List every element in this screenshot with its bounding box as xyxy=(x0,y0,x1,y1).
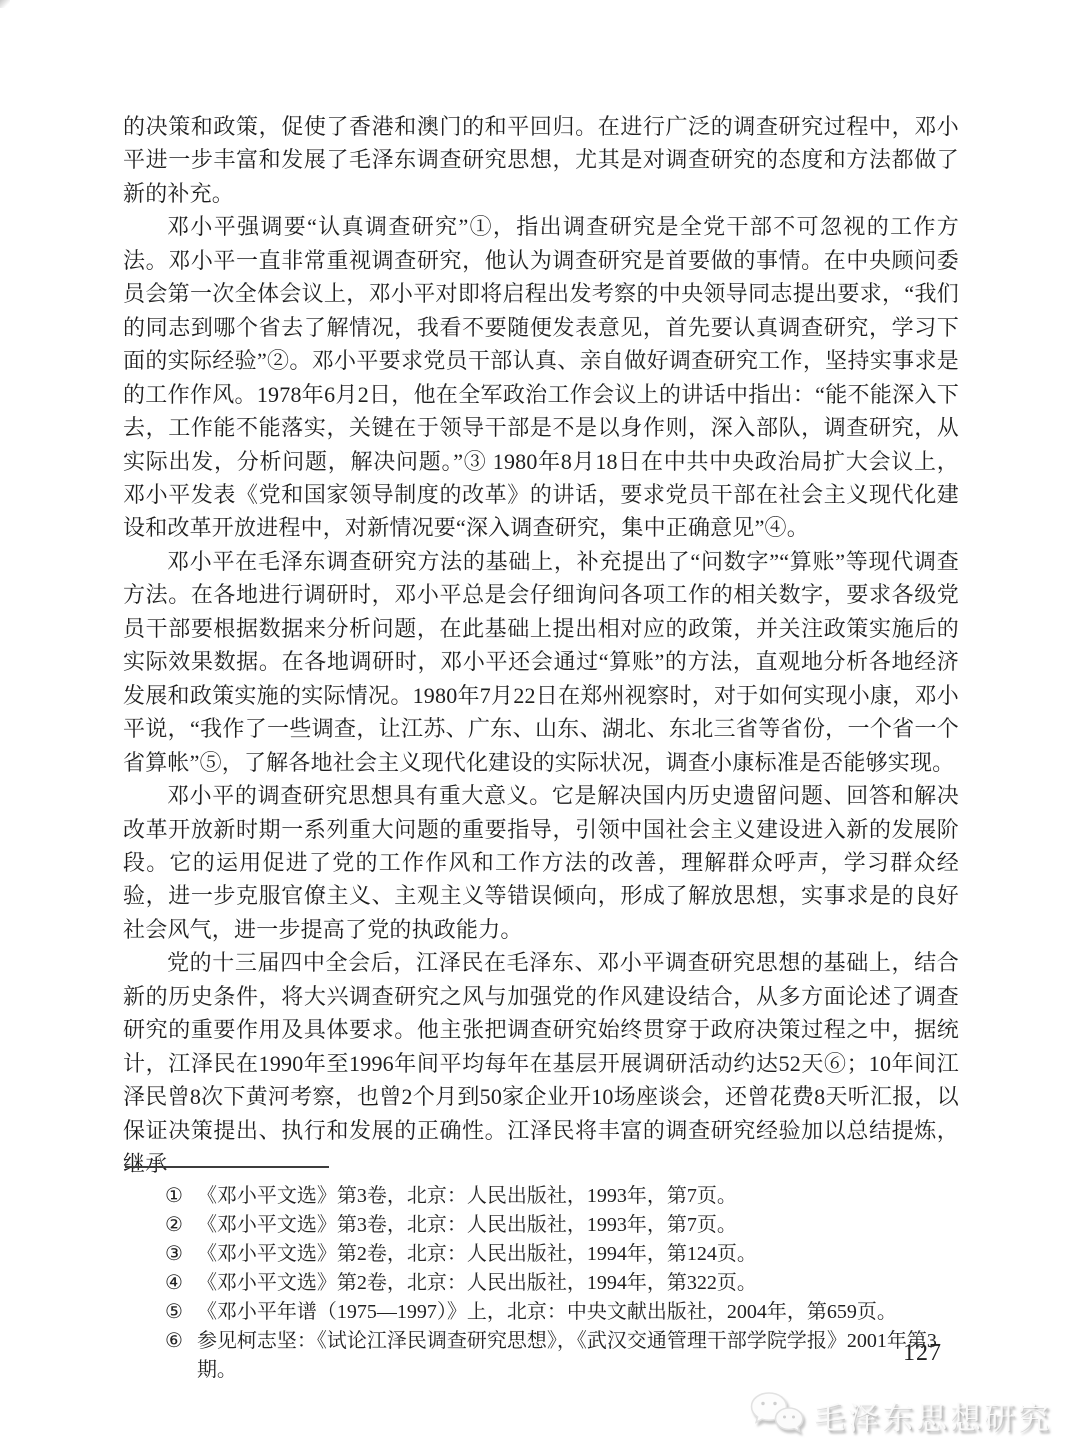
footnote-separator xyxy=(125,1166,329,1168)
footnote-item: ① 《邓小平文选》第3卷，北京：人民出版社，1993年，第7页。 xyxy=(123,1182,959,1211)
footnote-text: 《邓小平文选》第3卷，北京：人民出版社，1993年，第7页。 xyxy=(197,1182,959,1211)
footnotes-block: ① 《邓小平文选》第3卷，北京：人民出版社，1993年，第7页。 ② 《邓小平文… xyxy=(123,1182,959,1385)
footnote-item: ⑥ 参见柯志坚：《试论江泽民调查研究思想》，《武汉交通管理干部学院学报》2001… xyxy=(123,1327,959,1385)
footnote-marker: ② xyxy=(165,1211,183,1240)
footnote-item: ④ 《邓小平文选》第2卷，北京：人民出版社，1994年，第322页。 xyxy=(123,1269,959,1298)
wechat-icon xyxy=(748,1390,806,1440)
watermark-label: 毛泽东思想研究 xyxy=(814,1393,1052,1438)
watermark: 毛泽东思想研究 xyxy=(748,1390,1052,1440)
footnote-item: ② 《邓小平文选》第3卷，北京：人民出版社，1993年，第7页。 xyxy=(123,1211,959,1240)
footnote-text: 《邓小平文选》第2卷，北京：人民出版社，1994年，第124页。 xyxy=(197,1240,959,1269)
body-paragraph: 邓小平的调查研究思想具有重大意义。它是解决国内历史遗留问题、回答和解决改革开放新… xyxy=(123,779,959,946)
footnote-marker: ⑤ xyxy=(165,1298,183,1327)
footnote-item: ③ 《邓小平文选》第2卷，北京：人民出版社，1994年，第124页。 xyxy=(123,1240,959,1269)
footnote-text: 《邓小平文选》第3卷，北京：人民出版社，1993年，第7页。 xyxy=(197,1211,959,1240)
footnote-item: ⑤ 《邓小平年谱（1975—1997）》上，北京：中央文献出版社，2004年，第… xyxy=(123,1298,959,1327)
footnote-text: 《邓小平文选》第2卷，北京：人民出版社，1994年，第322页。 xyxy=(197,1269,959,1298)
scan-corner-artifact xyxy=(0,0,10,8)
footnote-marker: ⑥ xyxy=(165,1327,183,1356)
body-paragraph: 邓小平强调要“认真调查研究”①，指出调查研究是全党干部不可忽视的工作方法。邓小平… xyxy=(123,210,959,545)
footnote-marker: ① xyxy=(165,1182,183,1211)
footnote-text: 《邓小平年谱（1975—1997）》上，北京：中央文献出版社，2004年，第65… xyxy=(197,1298,959,1327)
footnote-marker: ③ xyxy=(165,1240,183,1269)
body-paragraph: 邓小平在毛泽东调查研究方法的基础上，补充提出了“问数字”“算账”等现代调查方法。… xyxy=(123,545,959,779)
page-number: 127 xyxy=(903,1340,942,1367)
body-paragraph: 党的十三届四中全会后，江泽民在毛泽东、邓小平调查研究思想的基础上，结合新的历史条… xyxy=(123,946,959,1180)
body-text-block: 的决策和政策，促使了香港和澳门的和平回归。在进行广泛的调查研究过程中，邓小平进一… xyxy=(123,110,959,1181)
footnote-marker: ④ xyxy=(165,1269,183,1298)
body-paragraph: 的决策和政策，促使了香港和澳门的和平回归。在进行广泛的调查研究过程中，邓小平进一… xyxy=(123,110,959,210)
footnote-text: 参见柯志坚：《试论江泽民调查研究思想》，《武汉交通管理干部学院学报》2001年第… xyxy=(197,1327,959,1385)
document-page: 的决策和政策，促使了香港和澳门的和平回归。在进行广泛的调查研究过程中，邓小平进一… xyxy=(0,0,1080,1454)
